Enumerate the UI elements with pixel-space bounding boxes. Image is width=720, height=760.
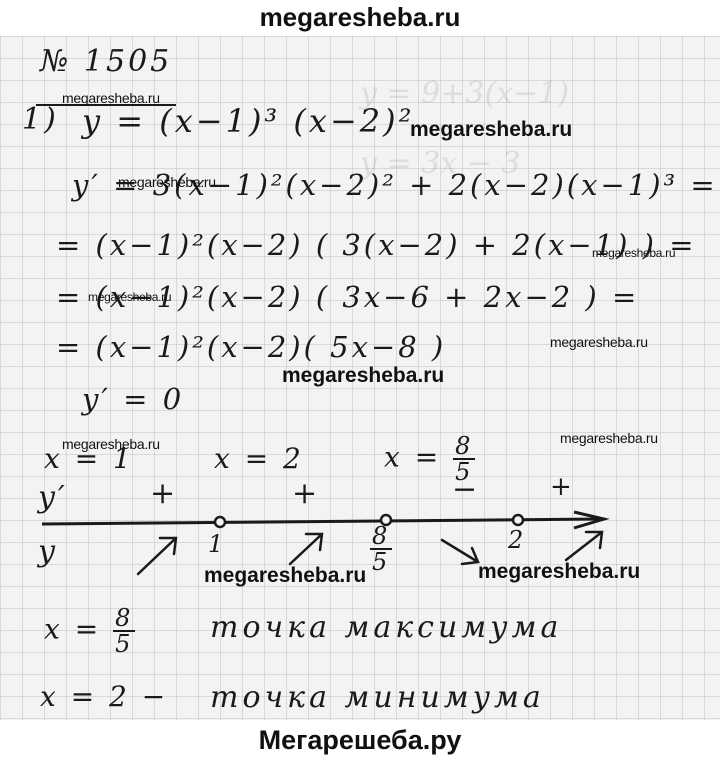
increasing-arrow-icon [566,532,602,560]
grid-paper-scan: y = 9+3(x−1) y = 3x − 3 № 1505 1) y = (x… [0,36,720,720]
sign-interval-3: − [452,472,480,507]
conclusion-max-text: точка максимума [210,610,562,645]
watermark: megaresheba.ru [410,118,572,142]
watermark: megaresheba.ru [560,430,658,446]
watermark: megaresheba.ru [204,564,366,588]
conclusion-min-text: точка минимума [210,680,545,715]
sign-interval-4: + [550,472,575,502]
sign-interval-1: + [150,476,178,511]
sign-row-label-function: y [38,534,58,569]
watermark: megaresheba.ru [282,364,444,388]
point-fraction: 8 5 [370,524,392,574]
watermark: megaresheba.ru [118,174,216,190]
conclusion-min-x: x = 2 − [40,680,168,713]
critical-point-1 [215,517,225,527]
watermark: megaresheba.ru [478,560,640,584]
watermark: megaresheba.ru [550,334,648,350]
increasing-arrow-icon [290,534,322,564]
top-watermark-text: megaresheba.ru [260,2,461,32]
point-label-2: 2 [508,526,526,554]
sign-row-label-derivative: y′ [38,480,68,515]
watermark: megaresheba.ru [62,90,160,106]
decreasing-arrow-icon [442,540,478,564]
watermark: megaresheba.ru [592,246,675,260]
conclusion-max-prefix: x = [44,613,101,646]
fraction-numerator: 8 [370,524,392,550]
increasing-arrow-icon [138,538,176,574]
watermark: megaresheba.ru [88,290,171,304]
sign-interval-2: + [292,476,320,511]
conclusion-max-fraction: 8 5 [113,606,135,656]
conclusion-max-x: x = 8 5 [44,606,135,656]
fraction-numerator: 8 [113,606,135,632]
watermark: megaresheba.ru [62,436,160,452]
fraction-denominator: 5 [372,550,390,574]
bottom-watermark-banner: Мегарешеба.ру [0,720,720,760]
bottom-watermark-text: Мегарешеба.ру [259,725,462,755]
critical-point-2 [513,515,523,525]
point-label-8-5: 8 5 [370,524,392,574]
point-label-1: 1 [208,530,226,558]
fraction-denominator: 5 [115,632,133,656]
top-watermark-banner: megaresheba.ru [0,0,720,36]
